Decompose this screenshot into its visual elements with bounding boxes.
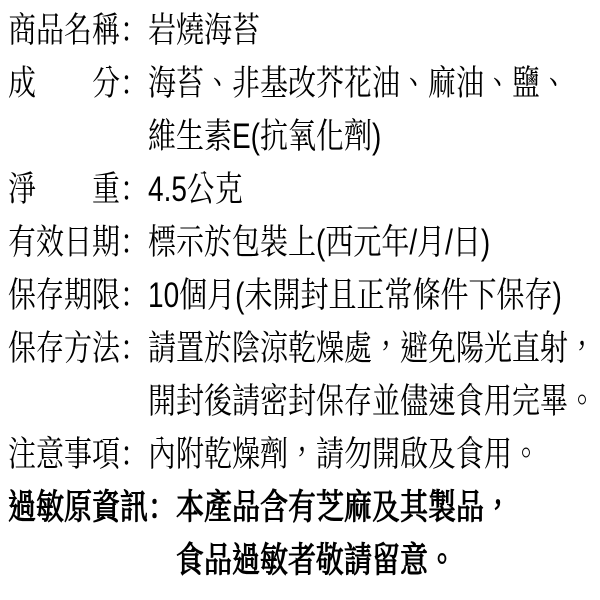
colon-separator: ： <box>120 163 148 216</box>
colon-separator: ： <box>120 216 148 269</box>
field-value-storage-method-line-1: 請置於陰涼乾燥處，避免陽光直射， <box>148 329 596 368</box>
field-value-shelf-life: 10個月(未開封且正常條件下保存) <box>148 276 562 315</box>
field-value-allergen-info-line-2: 食品過敏者敬請留意。 <box>176 541 456 580</box>
colon-separator: ： <box>148 481 176 534</box>
product-info-label: 商品名稱：岩燒海苔 成 分：海苔、非基改芥花油、麻油、鹽、 維生素E(抗氧化劑)… <box>0 0 600 587</box>
field-value-ingredients-line-2: 維生素E(抗氧化劑) <box>148 117 381 156</box>
field-label-shelf-life: 保存期限 <box>8 269 120 322</box>
colon-separator: ： <box>120 428 148 481</box>
field-row-shelf-life: 保存期限：10個月(未開封且正常條件下保存) <box>8 269 600 322</box>
field-value-expiry-date: 標示於包裝上(西元年/月/日) <box>148 223 490 262</box>
field-row-allergen-info: 過敏原資訊：本產品含有芝麻及其製品， 食品過敏者敬請留意。 <box>8 481 600 587</box>
field-row-net-weight: 淨 重：4.5公克 <box>8 163 600 216</box>
colon-separator: ： <box>120 269 148 322</box>
field-value-net-weight: 4.5公克 <box>148 170 243 209</box>
field-label-net-weight: 淨 重 <box>8 163 120 216</box>
field-row-ingredients: 成 分：海苔、非基改芥花油、麻油、鹽、 維生素E(抗氧化劑) <box>8 57 600 163</box>
colon-separator: ： <box>120 322 148 375</box>
field-label-ingredients: 成 分 <box>8 57 120 110</box>
colon-separator: ： <box>120 57 148 110</box>
field-label-allergen-info: 過敏原資訊 <box>8 481 148 534</box>
field-value-allergen-info-line-1: 本產品含有芝麻及其製品， <box>176 488 512 527</box>
field-label-expiry-date: 有效日期 <box>8 216 120 269</box>
field-label-precautions: 注意事項 <box>8 428 120 481</box>
field-row-storage-method: 保存方法：請置於陰涼乾燥處，避免陽光直射， 開封後請密封保存並儘速食用完畢。 <box>8 322 600 428</box>
field-value-precautions: 內附乾燥劑，請勿開啟及食用。 <box>148 435 540 474</box>
field-row-product-name: 商品名稱：岩燒海苔 <box>8 4 600 57</box>
field-value-ingredients-line-1: 海苔、非基改芥花油、麻油、鹽、 <box>148 64 568 103</box>
field-label-storage-method: 保存方法 <box>8 322 120 375</box>
field-row-expiry-date: 有效日期：標示於包裝上(西元年/月/日) <box>8 216 600 269</box>
field-label-product-name: 商品名稱 <box>8 4 120 57</box>
field-value-product-name: 岩燒海苔 <box>148 11 260 50</box>
colon-separator: ： <box>120 4 148 57</box>
field-row-precautions: 注意事項：內附乾燥劑，請勿開啟及食用。 <box>8 428 600 481</box>
field-value-storage-method-line-2: 開封後請密封保存並儘速食用完畢。 <box>148 382 596 421</box>
